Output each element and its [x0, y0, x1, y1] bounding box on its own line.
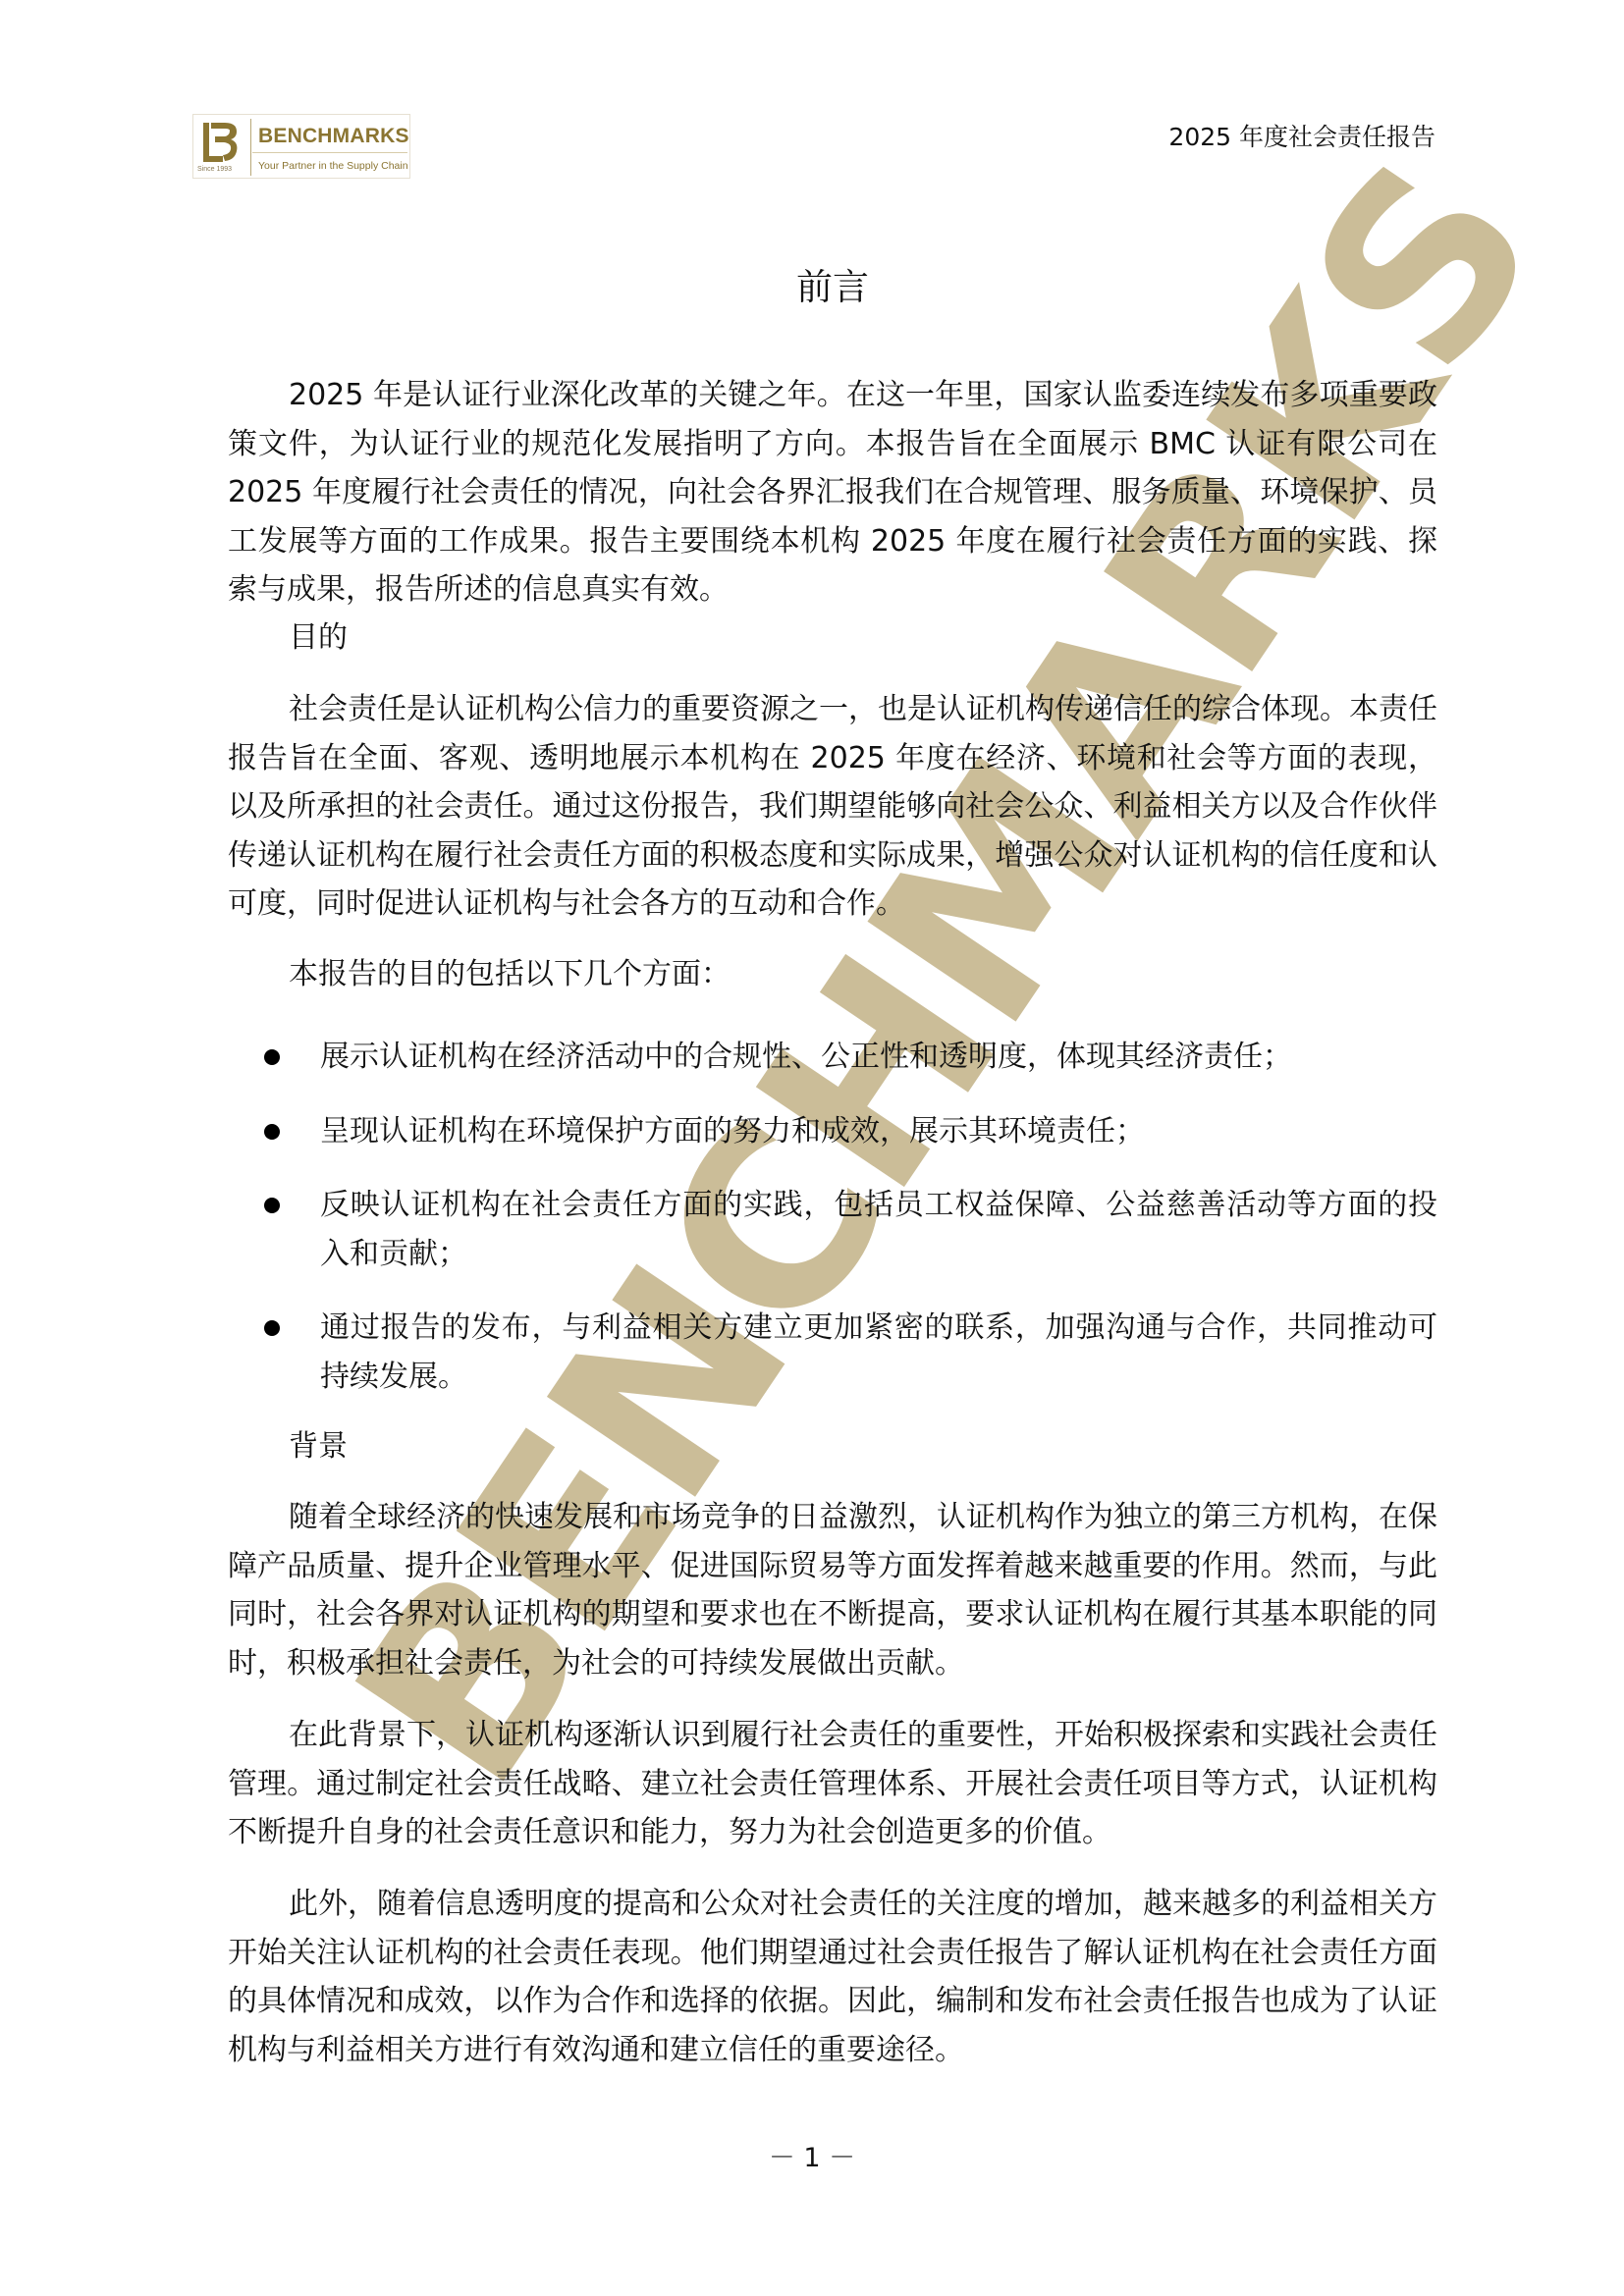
logo-tagline: Your Partner in the Supply Chain [258, 160, 408, 172]
background-paragraph-3: 此外，随着信息透明度的提高和公众对社会责任的关注度的增加，越来越多的利益相关方开… [228, 1880, 1437, 2074]
bullet-icon [264, 1198, 280, 1213]
page-title: 前言 [228, 257, 1437, 310]
list-item-text: 通过报告的发布，与利益相关方建立更加紧密的联系，加强沟通与合作，共同推动可持续发… [320, 1310, 1437, 1394]
section-heading-purpose: 目的 [289, 614, 348, 663]
list-item: 呈现认证机构在环境保护方面的努力和成效，展示其环境责任； [228, 1107, 1437, 1156]
benchmarks-b-logo-icon [199, 121, 241, 162]
purpose-paragraph: 社会责任是认证机构公信力的重要资源之一，也是认证机构传递信任的综合体现。本责任报… [228, 685, 1437, 929]
purpose-list-intro: 本报告的目的包括以下几个方面： [228, 950, 1437, 999]
logo-since: Since 1993 [197, 166, 232, 173]
bullet-icon [264, 1320, 280, 1336]
logo-rule [252, 152, 407, 153]
document-page: Since 1993 BENCHMARKS Your Partner in th… [0, 0, 1624, 2296]
bullet-icon [264, 1049, 280, 1065]
logo-name: BENCHMARKS [258, 125, 409, 148]
background-paragraph-1: 随着全球经济的快速发展和市场竞争的日益激烈，认证机构作为独立的第三方机构，在保障… [228, 1493, 1437, 1687]
purpose-list: 展示认证机构在经济活动中的合规性、公正性和透明度，体现其经济责任； 呈现认证机构… [228, 1033, 1437, 1426]
bullet-icon [264, 1124, 280, 1140]
background-paragraph-2: 在此背景下，认证机构逐渐认识到履行社会责任的重要性，开始积极探索和实践社会责任管… [228, 1711, 1437, 1857]
list-item: 展示认证机构在经济活动中的合规性、公正性和透明度，体现其经济责任； [228, 1033, 1437, 1082]
benchmarks-logo: Since 1993 BENCHMARKS Your Partner in th… [192, 114, 410, 179]
list-item-text: 反映认证机构在社会责任方面的实践，包括员工权益保障、公益慈善活动等方面的投入和贡… [320, 1188, 1437, 1271]
page-number: － 1 － [0, 2136, 1624, 2174]
logo-divider [250, 119, 251, 176]
list-item: 反映认证机构在社会责任方面的实践，包括员工权益保障、公益慈善活动等方面的投入和贡… [228, 1181, 1437, 1278]
list-item-text: 呈现认证机构在环境保护方面的努力和成效，展示其环境责任； [320, 1114, 1145, 1148]
intro-paragraph: 2025 年是认证行业深化改革的关键之年。在这一年里，国家认监委连续发布多项重要… [228, 371, 1437, 614]
list-item-text: 展示认证机构在经济活动中的合规性、公正性和透明度，体现其经济责任； [320, 1040, 1292, 1074]
section-heading-background: 背景 [289, 1422, 348, 1471]
list-item: 通过报告的发布，与利益相关方建立更加紧密的联系，加强沟通与合作，共同推动可持续发… [228, 1304, 1437, 1401]
